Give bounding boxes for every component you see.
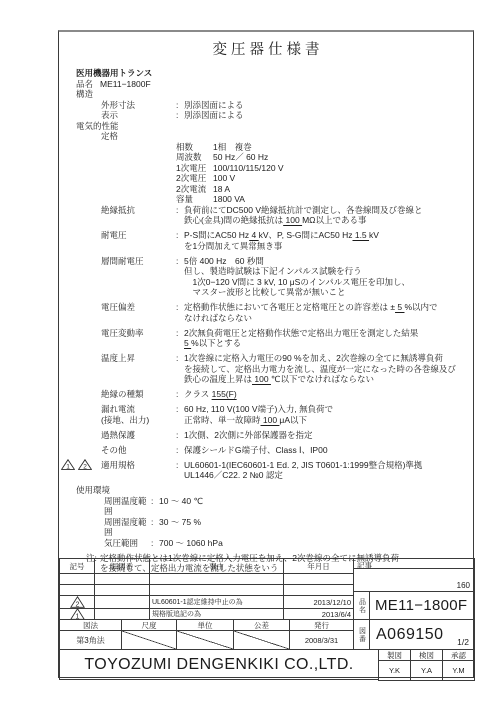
- projection-method: 第3角法: [59, 630, 122, 650]
- spec-label: 漏れ電流(接地、出力): [101, 404, 176, 425]
- spec-row: 相数1相 複巻: [59, 142, 469, 153]
- spec-row: 電圧変動率:2次無負荷電圧と定格動作状態で定格出力電圧を測定した結果 5 %以下…: [59, 328, 469, 349]
- product-name-label: 品名: [353, 591, 370, 620]
- svg-text:1: 1: [66, 463, 70, 469]
- spec-label: 相数: [176, 142, 213, 153]
- sheet-number: 1/2: [457, 637, 469, 647]
- spec-value: 1相 複巻: [213, 142, 252, 153]
- rev-header-sym: 記号: [59, 558, 95, 574]
- approval-value-checked: Y.A: [410, 660, 443, 681]
- spec-label: 構造: [76, 89, 93, 100]
- spec-value: 負荷前にてDC500 V絶縁抵抗計で測定し、各巻線間及び巻線と鉄心(金具)間の絶…: [184, 205, 423, 226]
- colon: :: [176, 445, 184, 456]
- spec-row: 使用環境: [59, 485, 469, 496]
- svg-text:2: 2: [75, 601, 79, 608]
- approval-value-approved: Y.M: [442, 660, 475, 681]
- spec-value: 700 ～ 1060 hPa: [159, 538, 223, 549]
- drawing-number-value: A069150: [376, 626, 444, 644]
- spec-label: 周囲湿度範囲: [104, 517, 151, 538]
- spec-row: 容量1800 VA: [59, 194, 469, 205]
- tolerance-slash-cell: [233, 630, 290, 650]
- spec-row: 周波数50 Hz／ 60 Hz: [59, 152, 469, 163]
- spec-label: 容量: [176, 194, 213, 205]
- colon: :: [176, 389, 184, 400]
- colon: :: [176, 328, 184, 349]
- rev-header-oldno: 旧図番: [94, 558, 150, 574]
- spec-row: 絶縁抵抗:負荷前にてDC500 V絶縁抵抗計で測定し、各巻線間及び巻線と鉄心(金…: [59, 205, 469, 226]
- colon: :: [151, 496, 159, 517]
- spec-label: 層間耐電圧: [101, 256, 176, 298]
- approval-value-drafted: Y.K: [378, 660, 411, 681]
- spec-row: 医用機器用トランス: [59, 68, 469, 79]
- colon: :: [176, 302, 184, 323]
- company-name: TOYOZUMI DENGENKIKI CO.,LTD.: [59, 649, 379, 680]
- spec-row: 1次電圧100/110/115/120 V: [59, 163, 469, 174]
- spec-value: 1次側、2次側に外部保護器を指定: [184, 430, 312, 441]
- spec-value: 18 A: [213, 184, 230, 195]
- spec-value: 100/110/115/120 V: [213, 163, 284, 174]
- note-value: 160: [353, 568, 475, 592]
- colon: :: [176, 100, 184, 111]
- spec-value: 別添図面による: [184, 100, 244, 111]
- spec-row: 2次電圧100 V: [59, 173, 469, 184]
- colon: :: [176, 404, 184, 425]
- rev-row-reason: UL60601-1認定維持中止の為: [149, 595, 284, 609]
- spec-label: 絶縁の種類: [101, 389, 176, 400]
- spec-label: 品名: [76, 79, 100, 90]
- spec-row: 電気的性能: [59, 121, 469, 132]
- unit-slash-cell: [176, 630, 234, 650]
- warning-triangle-2-icon: 2: [78, 459, 92, 473]
- scale-slash-cell: [121, 630, 177, 650]
- rev-row-oldno: [94, 595, 150, 609]
- colon: :: [176, 353, 184, 385]
- spec-value: 1800 VA: [213, 194, 245, 205]
- spec-row: 定格: [59, 131, 469, 142]
- warning-triangle-1-icon: 1: [61, 459, 75, 473]
- spec-row: 表示:別添図面による: [59, 110, 469, 121]
- spec-row: その他:保護シールドG端子付、Class Ⅰ、IP00: [59, 445, 469, 456]
- rev-header-date: 年月日: [283, 558, 354, 574]
- colon: :: [176, 256, 184, 298]
- spec-label: 表示: [101, 110, 176, 121]
- spec-label: 電圧変動率: [101, 328, 176, 349]
- spec-row: 電圧偏差:定格動作状態において各電圧と定格電圧との許容差は ± 5 %以内でなけ…: [59, 302, 469, 323]
- spec-value: P-S間にAC50 Hz 4 kV、P, S-G間にAC50 Hz 1.5 kV…: [184, 230, 379, 251]
- warning-triangle-2-icon: 2: [70, 596, 85, 608]
- spec-sublabel: (接地、出力): [101, 415, 149, 425]
- product-name-big: ME11−1800F: [369, 591, 475, 620]
- spec-label: 定格: [101, 131, 176, 142]
- spec-value: 50 Hz／ 60 Hz: [213, 152, 268, 163]
- spec-row: 温度上昇:1次巻線に定格入力電圧の90 %を加え、2次巻線の全てに無誘導負荷を接…: [59, 353, 469, 385]
- rev-row-date: 2013/12/10: [283, 595, 354, 609]
- rev-header-reason: 事由: [149, 558, 284, 574]
- spec-label: 気圧範囲: [104, 538, 151, 549]
- document-frame: 変圧器仕様書 医用機器用トランス品名ME11−1800F構造外形寸法:別添図面に…: [58, 30, 474, 678]
- colon: :: [151, 517, 159, 538]
- spec-label: 周波数: [176, 152, 213, 163]
- spec-row: 周囲温度範囲:10 ～ 40 ℃: [59, 496, 469, 517]
- spec-value: 60 Hz, 110 V(100 V端子)入力, 無負荷で正常時、単一故障時 1…: [184, 404, 333, 425]
- spec-row: 気圧範囲:700 ～ 1060 hPa: [59, 538, 469, 549]
- spec-label: 医用機器用トランス: [76, 68, 152, 79]
- drawing-number-cell: A069150 1/2: [369, 619, 475, 650]
- spec-label: 適用規格: [101, 460, 176, 481]
- spec-label: 耐電圧: [101, 230, 176, 251]
- spec-value: クラス 155(F): [184, 389, 237, 400]
- spec-label: 周囲温度範囲: [104, 496, 151, 517]
- issue-date: 2008/3/31: [289, 630, 354, 650]
- spec-row: 耐電圧:P-S間にAC50 Hz 4 kV、P, S-G間にAC50 Hz 1.…: [59, 230, 469, 251]
- drawing-number-label: 図番: [353, 619, 370, 650]
- spec-row: 過熱保護:1次側、2次側に外部保護器を指定: [59, 430, 469, 441]
- spec-value: 2次無負荷電圧と定格動作状態で定格出力電圧を測定した結果 5 %以下とする: [184, 328, 418, 349]
- spec-label: 絶縁抵抗: [101, 205, 176, 226]
- spec-label: その他: [101, 445, 176, 456]
- spec-label: 使用環境: [76, 485, 110, 496]
- spec-label: 1次電圧: [176, 163, 213, 174]
- spec-row: 層間耐電圧:5倍 400 Hz 60 秒間但し、製造時試験は下記インパルス試験を…: [59, 256, 469, 298]
- spec-label: 外形寸法: [101, 100, 176, 111]
- rev-row-sym-triangle-2: 2: [59, 595, 95, 609]
- spec-row: 外形寸法:別添図面による: [59, 100, 469, 111]
- spec-value: 5倍 400 Hz 60 秒間但し、製造時試験は下記インパルス試験を行う 1次0…: [184, 256, 410, 298]
- spec-row: 2次電流18 A: [59, 184, 469, 195]
- colon: :: [176, 430, 184, 441]
- spec-label: 電圧偏差: [101, 302, 176, 323]
- spec-label: 2次電圧: [176, 173, 213, 184]
- colon: :: [176, 205, 184, 226]
- spec-row: 12適用規格:UL60601-1(IEC60601-1 Ed. 2, JIS T…: [59, 460, 469, 481]
- spec-list: 医用機器用トランス品名ME11−1800F構造外形寸法:別添図面による表示:別添…: [59, 68, 469, 574]
- spec-value: 100 V: [213, 173, 235, 184]
- spec-value: 定格動作状態において各電圧と定格電圧との許容差は ± 5 %以内でなければならな…: [184, 302, 438, 323]
- spec-row: 品名ME11−1800F: [59, 79, 469, 90]
- spec-label: 電気的性能: [76, 121, 119, 132]
- colon: :: [176, 230, 184, 251]
- spec-label: 過熱保護: [101, 430, 176, 441]
- page-title: 変圧器仕様書: [59, 38, 473, 59]
- spec-value: 保護シールドG端子付、Class Ⅰ、IP00: [184, 445, 328, 456]
- title-block: 記号 旧図番 事由 年月日 2 UL60601-1認定維持中止の為 2013/1…: [59, 558, 473, 680]
- spec-value: 30 ～ 75 %: [159, 517, 201, 538]
- colon: :: [176, 460, 184, 481]
- spec-value: UL60601-1(IEC60601-1 Ed. 2, JIS T0601-1:…: [184, 460, 422, 481]
- colon: :: [151, 538, 159, 549]
- spec-label: 2次電流: [176, 184, 213, 195]
- spec-row: 漏れ電流(接地、出力):60 Hz, 110 V(100 V端子)入力, 無負荷…: [59, 404, 469, 425]
- spec-row: 周囲湿度範囲:30 ～ 75 %: [59, 517, 469, 538]
- spec-label: 温度上昇: [101, 353, 176, 385]
- spec-row: 絶縁の種類:クラス 155(F): [59, 389, 469, 400]
- spec-value: 10 ～ 40 ℃: [159, 496, 203, 517]
- spec-value: 1次巻線に定格入力電圧の90 %を加え、2次巻線の全てに無誘導負荷を接続して、定…: [184, 353, 456, 385]
- spec-row: 構造: [59, 89, 469, 100]
- product-name-value: ME11−1800F: [100, 79, 151, 90]
- colon: :: [176, 110, 184, 121]
- spec-value: 別添図面による: [184, 110, 244, 121]
- svg-text:2: 2: [83, 463, 87, 469]
